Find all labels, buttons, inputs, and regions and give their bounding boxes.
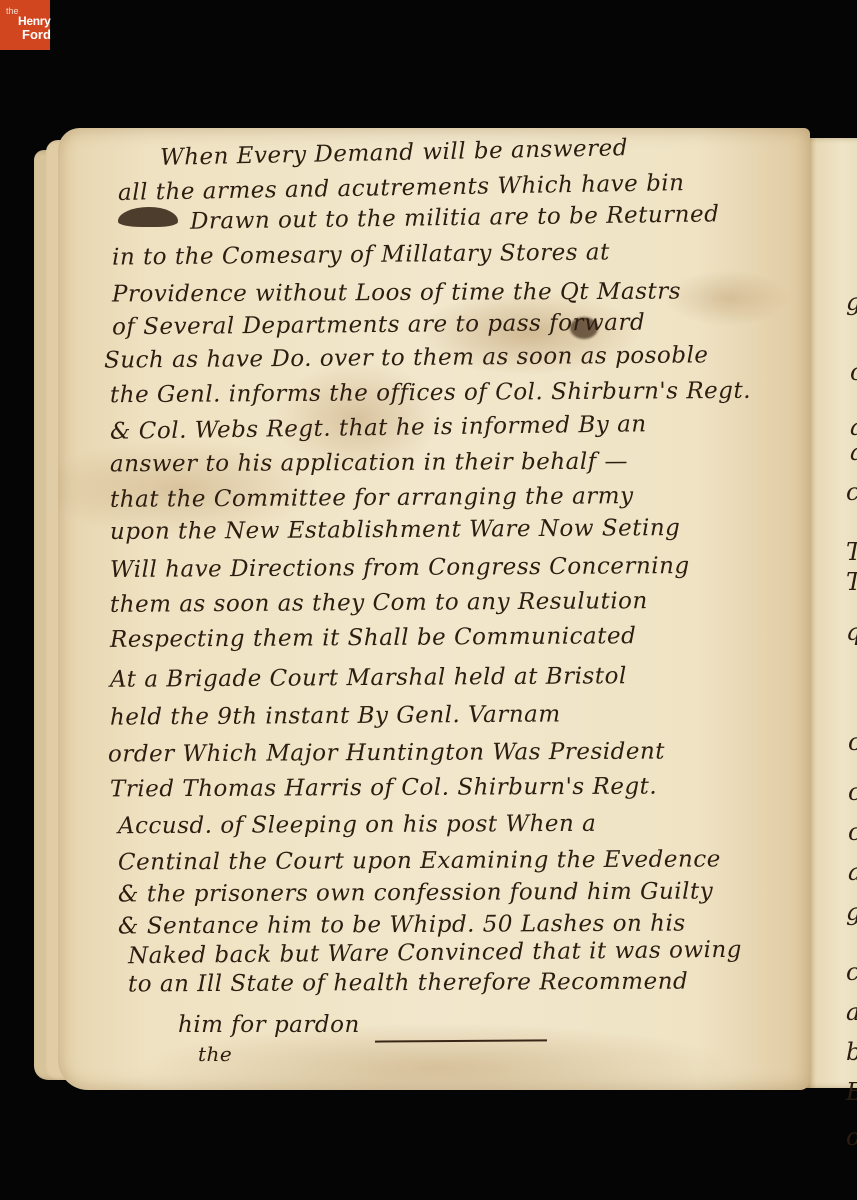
facing-glyph: a [848,858,857,886]
manuscript-line: Providence without Loos of time the Qt M… [112,279,681,308]
manuscript-line: to an Ill State of health therefore Reco… [128,969,688,998]
logo-the: the [6,7,19,16]
facing-glyph: c [846,478,857,506]
ink-blot [118,207,178,227]
facing-glyph: a [850,438,857,466]
manuscript-line: in to the Comesary of Millatary Stores a… [112,239,610,270]
manuscript-line: them as soon as they Com to any Resuluti… [110,588,648,618]
footer-mark: the [198,1042,232,1066]
manuscript-line: Respecting them it Shall be Communicated [110,623,636,653]
logo-ford: Ford [22,28,51,41]
manuscript-line: & Sentance him to be Whipd. 50 Lashes on… [118,911,686,940]
manuscript-line: Will have Directions from Congress Conce… [110,553,690,583]
manuscript-line: answer to his application in their behal… [110,449,628,478]
manuscript-line: Such as have Do. over to them as soon as… [104,342,709,373]
facing-glyph: B [846,1078,857,1106]
facing-glyph: c [850,358,857,386]
facing-glyph: g [846,898,857,926]
logo-henry: Henry [18,15,51,27]
manuscript-line: that the Committee for arranging the arm… [110,483,634,513]
facing-glyph: c [848,818,857,846]
facing-page: g c a a c T T q o c c a g c a b B o [806,138,857,1088]
manuscript-line: & the prisoners own confession found him… [118,878,713,907]
manuscript-line: of Several Departments are to pass forwa… [112,310,645,341]
facing-glyph: a [850,413,857,441]
facing-glyph: c [848,778,857,806]
manuscript-line: held the 9th instant By Genl. Varnam [110,701,561,730]
facing-glyph: a [846,998,857,1026]
manuscript-line: order Which Major Huntington Was Preside… [108,739,665,768]
facing-glyph: q [846,618,857,646]
facing-glyph: T [846,538,857,566]
manuscript-line: upon the New Establishment Ware Now Seti… [110,515,681,545]
henry-ford-logo: the Henry Ford [0,0,50,50]
facing-glyph: T [846,568,857,596]
manuscript-line: the Genl. informs the offices of Col. Sh… [110,378,751,408]
facing-glyph: g [846,288,857,316]
manuscript-line: him for pardon [178,1012,360,1038]
manuscript-line: Accusd. of Sleeping on his post When a [118,811,596,840]
manuscript-line: At a Brigade Court Marshal held at Brist… [110,663,627,693]
facing-glyph: o [848,728,857,756]
facing-glyph: b [846,1038,857,1066]
facing-glyph: o [846,1123,857,1151]
manuscript-line: Tried Thomas Harris of Col. Shirburn's R… [110,774,657,803]
facing-glyph: c [846,958,857,986]
manuscript-line: Centinal the Court upon Examining the Ev… [118,846,721,875]
